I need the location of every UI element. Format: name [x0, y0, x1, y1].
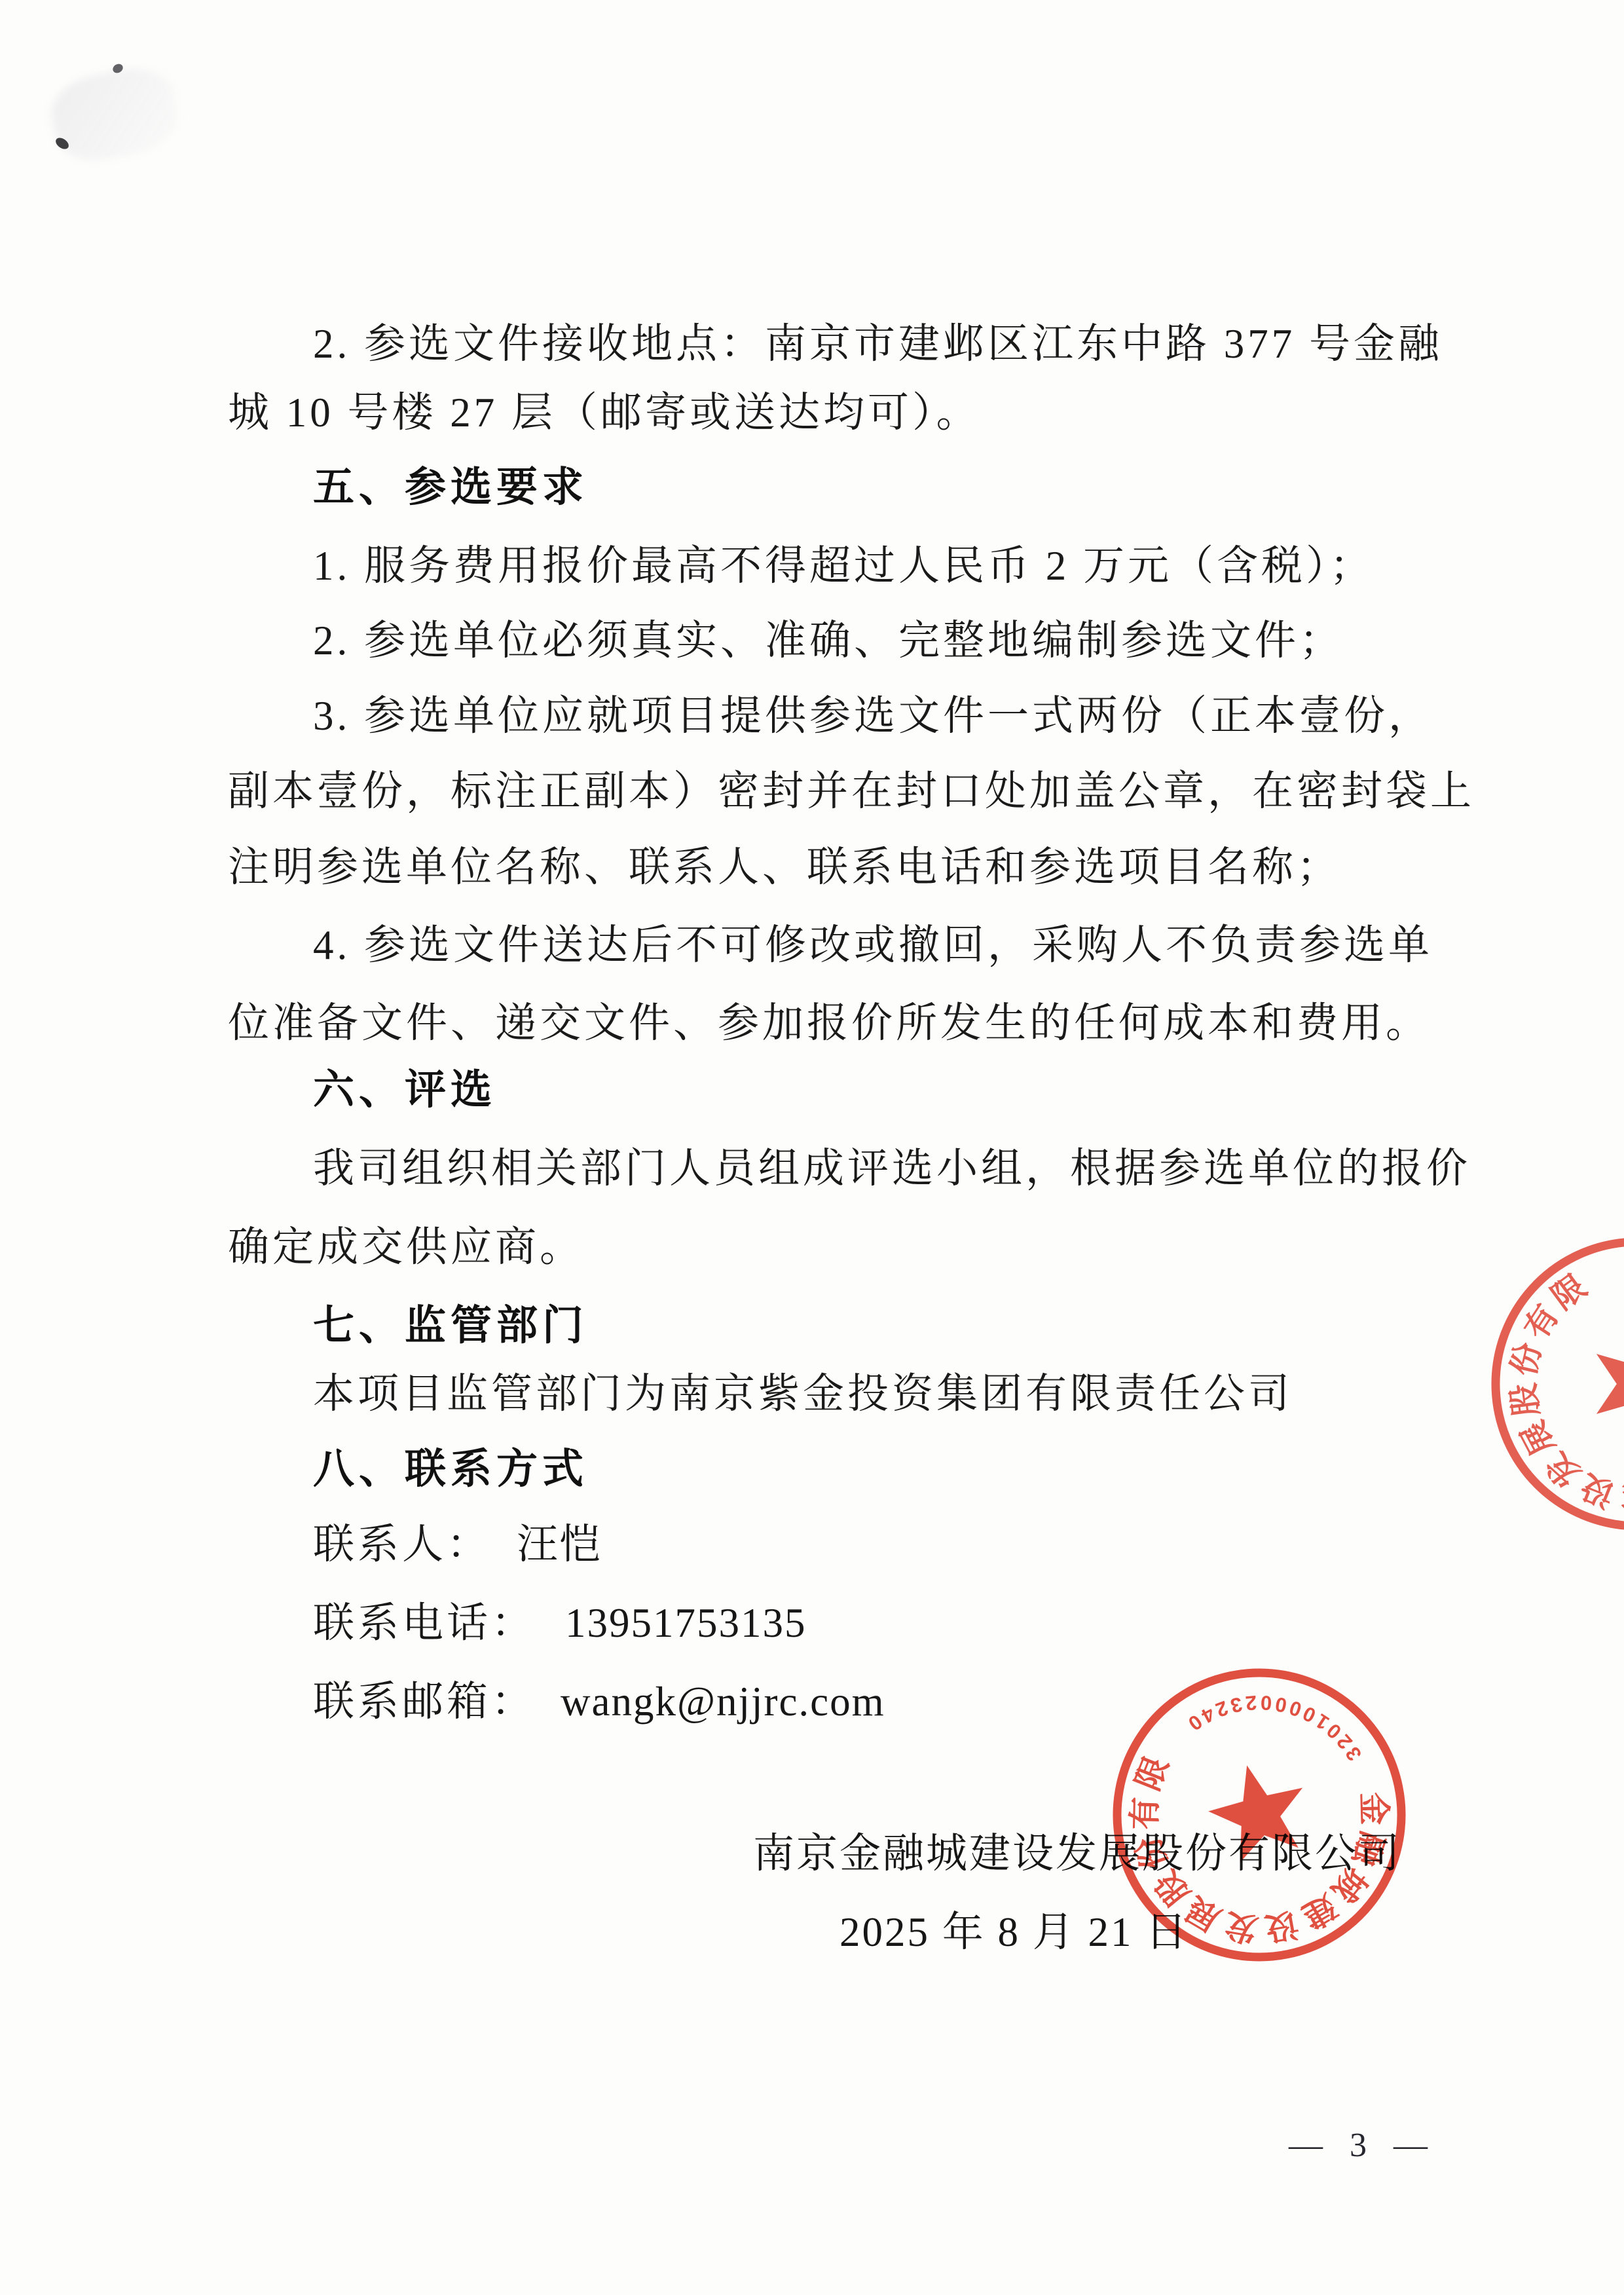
section-heading-5: 五、参选要求	[313, 462, 588, 512]
contact-person-value: 汪恺	[517, 1520, 602, 1569]
contact-person-label: 联系人：	[313, 1521, 491, 1567]
paragraph-line: 我司组织相关部门人员组成评选小组，根据参选单位的报价	[313, 1144, 1471, 1193]
section-heading-7: 七、监管部门	[313, 1301, 588, 1351]
contact-email-row: 联系邮箱： wangk@njjrc.com	[313, 1677, 536, 1726]
paragraph-line: 2. 参选文件接收地点：南京市建邺区江东中路 377 号金融	[313, 319, 1443, 369]
contact-phone-label: 联系电话：	[313, 1600, 536, 1646]
document-page: { "doc": { "lines": [ "2. 参选文件接收地点：南京市建邺…	[0, 0, 1624, 2295]
paragraph-line: 2. 参选单位必须真实、准确、完整地编制参选文件；	[313, 616, 1344, 665]
company-seal-stamp	[1076, 1632, 1443, 1998]
paragraph-line: 确定成交供应商。	[228, 1222, 584, 1272]
paragraph-line: 1. 服务费用报价最高不得超过人民币 2 万元（含税）；	[313, 541, 1375, 591]
paragraph-line: 4. 参选文件送达后不可修改或撤回，采购人不负责参选单	[313, 920, 1433, 970]
paragraph-line: 注明参选单位名称、联系人、联系电话和参选项目名称；	[228, 842, 1341, 892]
paragraph-line: 副本壹份，标注正副本）密封并在封口处加盖公章，在密封袋上	[228, 766, 1475, 816]
section-heading-6: 六、评选	[313, 1065, 496, 1115]
contact-person-row: 联系人： 汪恺	[313, 1520, 491, 1569]
scan-smudge	[45, 60, 185, 170]
page-number: — 3 —	[1289, 2126, 1437, 2165]
contact-email-value: wangk@njjrc.com	[561, 1677, 885, 1726]
company-seal-stamp-edge	[1454, 1201, 1624, 1567]
section-heading-8: 八、联系方式	[313, 1444, 588, 1494]
paragraph-line: 本项目监管部门为南京紫金投资集团有限责任公司	[313, 1369, 1293, 1419]
contact-email-label: 联系邮箱：	[313, 1679, 536, 1725]
paragraph-line: 3. 参选单位应就项目提供参选文件一式两份（正本壹份，	[313, 691, 1433, 741]
contact-phone-value: 13951753135	[565, 1598, 807, 1648]
paragraph-line: 位准备文件、递交文件、参加报价所发生的任何成本和费用。	[228, 998, 1430, 1048]
paragraph-line: 城 10 号楼 27 层（邮寄或送达均可）。	[228, 388, 981, 438]
contact-phone-row: 联系电话： 13951753135	[313, 1598, 536, 1648]
